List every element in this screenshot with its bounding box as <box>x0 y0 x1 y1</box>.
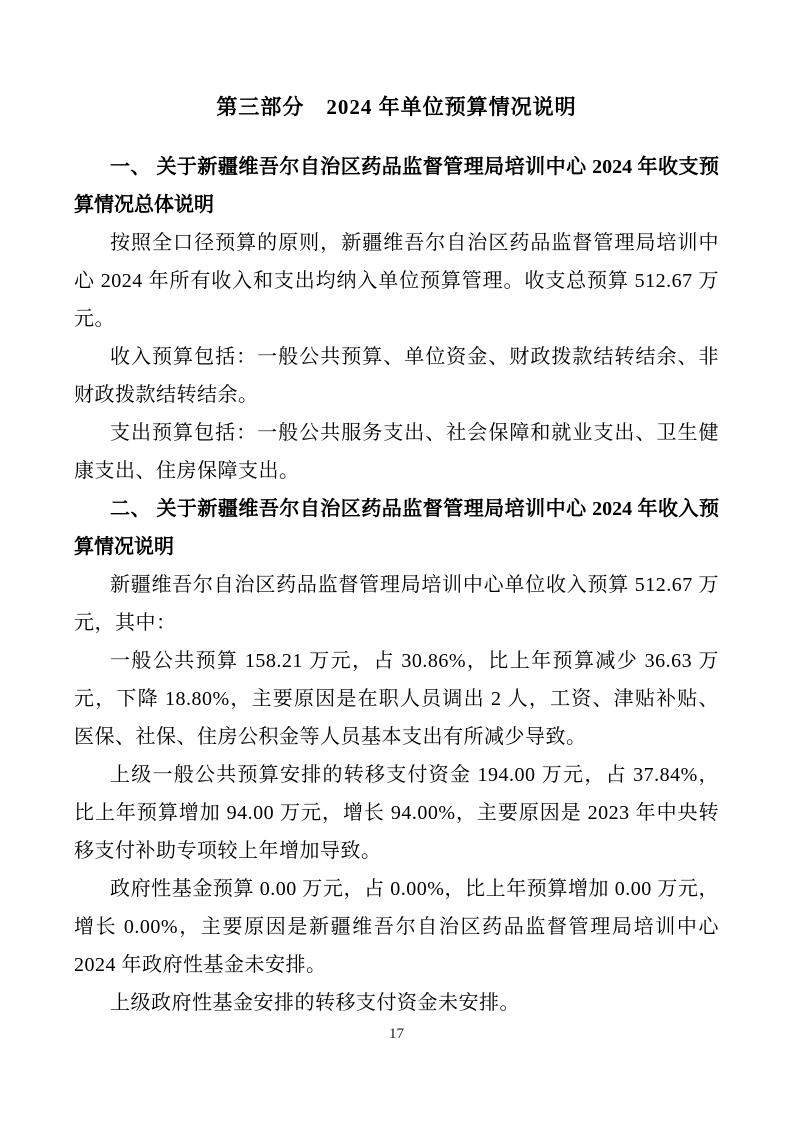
section-2-paragraph-5: 上级政府性基金安排的转移支付资金未安排。 <box>74 984 719 1022</box>
document-page: 第三部分 2024 年单位预算情况说明 一、 关于新疆维吾尔自治区药品监督管理局… <box>0 0 793 1122</box>
section-2-paragraph-1: 新疆维吾尔自治区药品监督管理局培训中心单位收入预算 512.67 万元，其中： <box>74 566 719 642</box>
section-2-paragraph-3: 上级一般公共预算安排的转移支付资金 194.00 万元，占 37.84%，比上年… <box>74 756 719 870</box>
page-title: 第三部分 2024 年单位预算情况说明 <box>74 88 719 126</box>
section-1-paragraph-3: 支出预算包括：一般公共服务支出、社会保障和就业支出、卫生健康支出、住房保障支出。 <box>74 414 719 490</box>
section-2-paragraph-4: 政府性基金预算 0.00 万元，占 0.00%，比上年预算增加 0.00 万元，… <box>74 870 719 984</box>
section-1-paragraph-1: 按照全口径预算的原则，新疆维吾尔自治区药品监督管理局培训中心 2024 年所有收… <box>74 224 719 338</box>
section-1-paragraph-2: 收入预算包括：一般公共预算、单位资金、财政拨款结转结余、非财政拨款结转结余。 <box>74 338 719 414</box>
document-content: 第三部分 2024 年单位预算情况说明 一、 关于新疆维吾尔自治区药品监督管理局… <box>74 88 719 1022</box>
page-number: 17 <box>0 1024 793 1044</box>
section-1-heading: 一、 关于新疆维吾尔自治区药品监督管理局培训中心 2024 年收支预算情况总体说… <box>74 148 719 224</box>
section-2-paragraph-2: 一般公共预算 158.21 万元，占 30.86%，比上年预算减少 36.63 … <box>74 642 719 756</box>
section-2-heading: 二、 关于新疆维吾尔自治区药品监督管理局培训中心 2024 年收入预算情况说明 <box>74 490 719 566</box>
